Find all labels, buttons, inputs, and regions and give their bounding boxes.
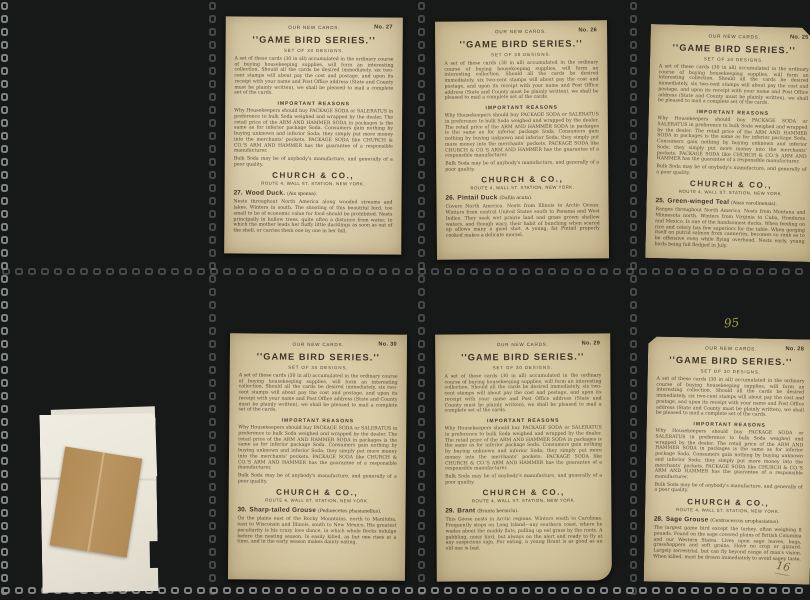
stitch-chain-seam-3 [630, 2, 637, 595]
card-number: No. 26 [578, 27, 597, 33]
series-title: ''GAME BIRD SERIES.'' [235, 34, 394, 45]
bird-entry-number: 26. [445, 195, 454, 202]
bird-latin-name: (Anas carolinensis). [731, 201, 777, 207]
bird-latin-name: (Dafila acuta). [499, 196, 532, 201]
stitch-chain-seam-1 [209, 2, 216, 595]
bird-entry-number: 27. [234, 190, 243, 197]
bulk-soda-paragraph: Bulk Soda may be of anybody's manufactur… [238, 473, 397, 486]
bird-entry-number: 29. [445, 508, 454, 515]
company-address: ROUTE 4, WALL ST. STATION, NEW YORK. [234, 181, 393, 187]
important-reasons-heading: IMPORTANT REASONS [238, 417, 397, 424]
bird-name: Green-winged Teal [667, 198, 729, 207]
intro-paragraph: A set of these cards (30 in all) accumul… [658, 64, 809, 108]
our-new-cards-label: OUR NEW CARDS. [657, 344, 805, 353]
company-name: CHURCH & CO., [238, 488, 397, 498]
reasons-paragraph: Why Housekeepers should buy PACKAGE SODA… [445, 112, 599, 159]
handwritten-mark-95: 95 [724, 315, 740, 330]
reasons-paragraph: Why Housekeepers should buy PACKAGE SODA… [238, 425, 397, 472]
reasons-paragraph: Why Housekeepers should buy PACKAGE SODA… [234, 109, 393, 156]
stitch-chain-left-edge [1, 2, 8, 595]
series-title: ''GAME BIRD SERIES.'' [444, 351, 601, 362]
kraft-paper-square [50, 447, 143, 558]
set-of-designs: SET OF 30 DESIGNS. [444, 364, 601, 370]
bulk-soda-paragraph: Bulk Soda may be of anybody's manufactur… [656, 164, 806, 179]
important-reasons-heading: IMPORTANT REASONS [445, 104, 599, 111]
bulk-soda-paragraph: Bulk Soda may be of anybody's manufactur… [654, 482, 802, 496]
bird-name: Pintail Duck [457, 195, 497, 202]
bird-heading: 29.Brant (Branta bernicla). [445, 507, 602, 515]
set-of-designs: SET OF 30 DESIGNS. [659, 55, 809, 64]
bird-heading: 30.Sharp-tailed Grouse (Pedioecetes phas… [237, 507, 396, 516]
trade-card-28-sage-grouse: OUR NEW CARDS. No. 28 ''GAME BIRD SERIES… [644, 336, 810, 584]
company-name: CHURCH & CO., [445, 488, 602, 498]
our-new-cards-label: OUR NEW CARDS. [444, 340, 601, 347]
bird-latin-name: (Branta bernicla). [477, 510, 518, 515]
important-reasons-heading: IMPORTANT REASONS [234, 101, 393, 108]
card-number: No. 27 [374, 24, 393, 30]
card-number: No. 30 [378, 342, 397, 348]
bird-description: This Goose nests in Arctic regions. Wint… [445, 517, 602, 553]
bulk-soda-paragraph: Bulk Soda may be of anybody's manufactur… [234, 156, 393, 169]
bird-latin-name: (Centrocercus urophasianus). [710, 519, 779, 525]
bird-description: Ranges throughout North America. Nests f… [654, 207, 805, 251]
bird-entry-number: 25. [655, 198, 664, 205]
stitch-chain-mid-row [2, 268, 803, 275]
bird-description: Covers North America. Nests from Illinoi… [446, 204, 600, 240]
bird-description: Nests throughout North America along woo… [233, 200, 392, 236]
company-address: ROUTE 4, WALL ST. STATION, NEW YORK. [445, 185, 599, 191]
important-reasons-heading: IMPORTANT REASONS [445, 418, 602, 425]
set-of-designs: SET OF 30 DESIGNS. [235, 47, 394, 53]
kraft-center-crease [87, 452, 104, 551]
bulk-soda-paragraph: Bulk Soda may be of anybody's manufactur… [445, 473, 602, 486]
intro-paragraph: A set of these cards (30 in all) accumul… [444, 373, 601, 414]
bird-latin-name: (Pedioecetes phasianellus). [318, 509, 381, 515]
handwritten-mark-16: 16 [775, 559, 791, 576]
stitch-chain-seam-2 [418, 2, 425, 595]
bird-heading: 26.Pintail Duck (Dafila acuta). [445, 194, 599, 203]
reasons-paragraph: Why Housekeepers should buy PACKAGE SODA… [445, 426, 602, 473]
intro-paragraph: A set of these cards (30 in all) accumul… [238, 373, 397, 415]
our-new-cards-label: OUR NEW CARDS. [660, 31, 810, 41]
company-name: CHURCH & CO., [234, 171, 393, 181]
series-title: ''GAME BIRD SERIES.'' [657, 355, 805, 368]
bird-entry-number: 30. [238, 507, 247, 514]
intro-paragraph: A set of these cards (30 in all) accumul… [234, 56, 393, 97]
bird-entry-number: 28. [654, 516, 663, 523]
trade-card-29-brant: OUR NEW CARDS. No. 29 ''GAME BIRD SERIES… [435, 333, 612, 581]
album-page: OUR NEW CARDS. No. 27 ''GAME BIRD SERIES… [0, 0, 810, 600]
reasons-paragraph: Why Housekeepers should buy PACKAGE SODA… [657, 116, 808, 166]
bird-heading: 28.Sage Grouse (Centrocercus urophasianu… [654, 516, 802, 526]
bulk-soda-paragraph: Bulk Soda may be of anybody's manufactur… [445, 160, 599, 173]
intro-paragraph: A set of these cards (30 in all) accumul… [656, 377, 805, 420]
company-name: CHURCH & CO., [445, 175, 599, 185]
bird-heading: 27.Wood Duck. (Aix sponsa). [234, 190, 393, 198]
bird-latin-name: (Aix sponsa). [287, 192, 317, 197]
our-new-cards-label: OUR NEW CARDS. [239, 340, 398, 347]
intro-paragraph: A set of these cards (30 in all) accumul… [444, 60, 598, 101]
our-new-cards-label: OUR NEW CARDS. [444, 27, 598, 34]
set-of-designs: SET OF 30 DESIGNS. [239, 364, 398, 370]
bird-description: The largest game bird except the turkey,… [653, 526, 802, 563]
bird-name: Sharp-tailed Grouse [249, 507, 316, 515]
set-of-designs: SET OF 30 DESIGNS. [657, 368, 805, 376]
bird-name: Sage Grouse [666, 516, 709, 524]
series-title: ''GAME BIRD SERIES.'' [444, 38, 598, 49]
company-address: ROUTE 4, WALL ST. STATION, NEW YORK. [445, 498, 602, 504]
bird-name: Wood Duck. [245, 190, 285, 197]
card-number: No. 28 [785, 346, 804, 352]
company-address: ROUTE 4, WALL ST. STATION, NEW YORK. [238, 498, 397, 504]
bird-description: On the plains east of the Rocky Mountain… [237, 517, 396, 547]
trade-card-25-green-winged-teal: OUR NEW CARDS. No. 25 ''GAME BIRD SERIES… [645, 24, 810, 262]
series-title: ''GAME BIRD SERIES.'' [659, 42, 809, 56]
series-title: ''GAME BIRD SERIES.'' [239, 351, 398, 362]
bird-name: Brant [457, 508, 475, 515]
card-number: No. 29 [582, 340, 601, 346]
trade-card-30-sharp-tailed-grouse: OUR NEW CARDS. No. 30 ''GAME BIRD SERIES… [228, 333, 407, 581]
trade-card-26-pintail-duck: OUR NEW CARDS. No. 26 ''GAME BIRD SERIES… [435, 20, 609, 259]
our-new-cards-label: OUR NEW CARDS. [235, 23, 394, 30]
set-of-designs: SET OF 30 DESIGNS. [444, 51, 598, 57]
reasons-paragraph: Why Housekeepers should buy PACKAGE SODA… [655, 429, 804, 483]
card-number: No. 25 [790, 34, 809, 40]
trade-card-27-wood-duck: OUR NEW CARDS. No. 27 ''GAME BIRD SERIES… [224, 16, 403, 254]
